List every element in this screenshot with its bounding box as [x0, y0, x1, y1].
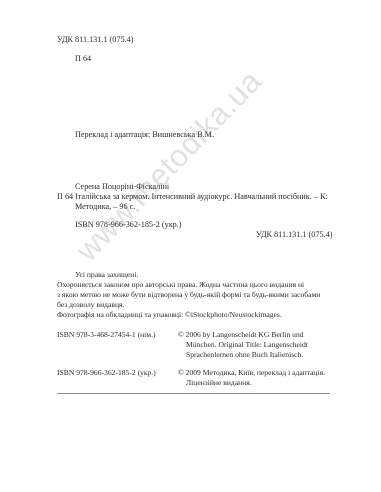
shelf-code: П 64 — [75, 54, 91, 64]
bottom-divider — [57, 393, 330, 394]
catalog-udk: УДК 811.131.1 (075.4) — [256, 230, 332, 240]
copyright-ukrainian-line1: © 2009 Методика, Київ, переклад і адапта… — [178, 368, 325, 378]
catalog-isbn: ISBN 978-966-362-185-2 (укр.) — [75, 220, 182, 230]
copyright-ukrainian-line2: Ліцензійне видання. — [186, 378, 252, 388]
rights-line-2: з якою метою не може бути відтворена у б… — [57, 290, 320, 300]
rights-line-3: без дозволу видавця. — [57, 300, 124, 310]
udk-code-top: УДК 811.131.1 (075.4) — [57, 35, 133, 45]
catalog-title-line1: Італійська за кермом. Інтенсивний аудіок… — [75, 192, 328, 202]
copyright-german-line1: © 2006 by Langenscheidt KG Berlin und — [178, 330, 304, 340]
isbn-german: ISBN 978-3-468-27454-1 (нім.) — [57, 330, 156, 340]
catalog-title-line2: Методика, – 96 с. — [75, 202, 135, 212]
rights-line-1: Охороняється законом про авторські права… — [57, 280, 304, 290]
catalog-author: Серена Поцоріні-Фіскаліні — [75, 182, 169, 192]
isbn-ukrainian: ISBN 978-966-362-185-2 (укр.) — [57, 368, 156, 378]
rights-heading: Усі права захищені. — [75, 270, 138, 280]
copyright-german-line3: Sprachenlernen ohne Buch Italienisch. — [186, 350, 303, 360]
translation-credit: Переклад і адаптація: Вишневська В.М. — [75, 130, 214, 140]
watermark: www.metodika.ua — [69, 63, 269, 268]
copyright-german-line2: München. Original Title: Langenscheidt — [186, 340, 308, 350]
photo-credit: Фотографія на обкладинці та упаковці: ©i… — [57, 310, 282, 320]
catalog-code: П 64 — [57, 192, 73, 202]
